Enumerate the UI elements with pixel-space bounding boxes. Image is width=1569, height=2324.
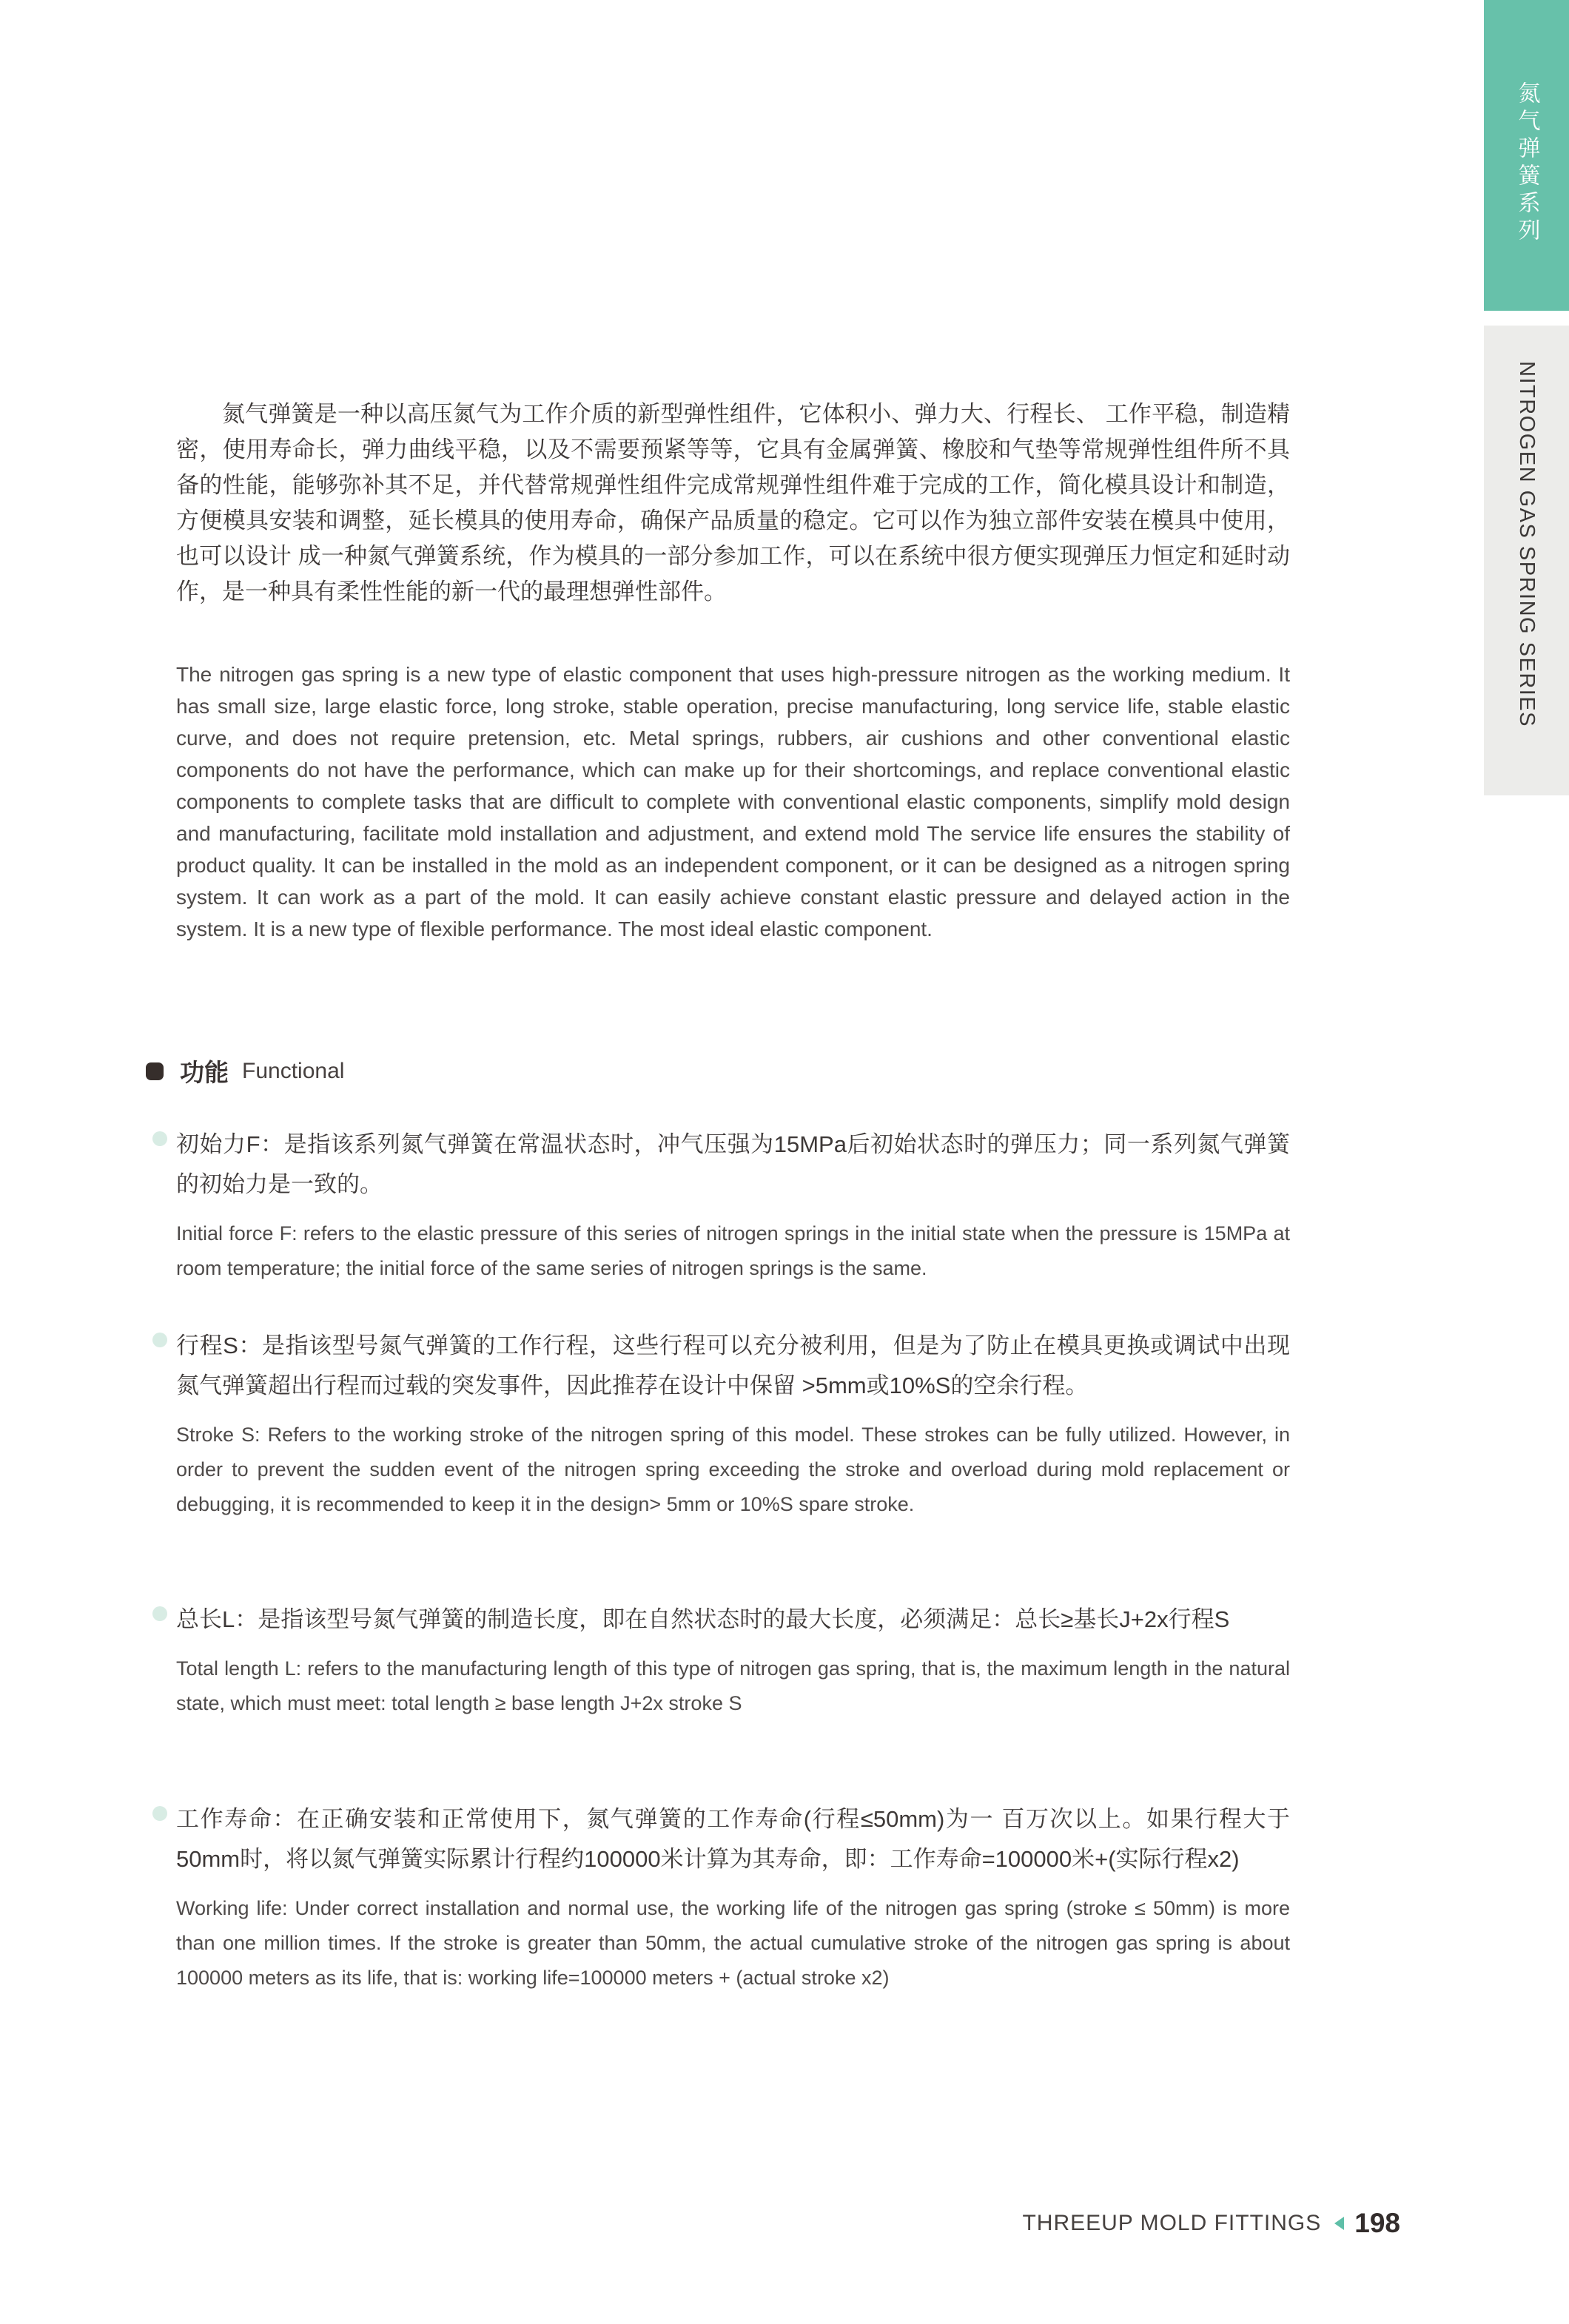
page-footer: THREEUP MOLD FITTINGS 198 [1022, 2208, 1400, 2239]
page-marker-triangle-icon [1334, 2217, 1344, 2230]
feature-text-zh: 行程S：是指该型号氮气弹簧的工作行程，这些行程可以充分被利用，但是为了防止在模具… [176, 1326, 1290, 1406]
intro-paragraph-en: The nitrogen gas spring is a new type of… [176, 659, 1290, 945]
section-bullet-icon [146, 1062, 164, 1080]
series-title-zh: 氮气弹簧系列 [1511, 81, 1543, 311]
feature-item-working-life: 工作寿命：在正确安装和正常使用下，氮气弹簧的工作寿命(行程≤50mm)为一 百万… [176, 1799, 1290, 1995]
sidebar-series-tab-gray: NITROGEN GAS SPRING SERIES [1484, 326, 1569, 795]
feature-text-en: Initial force F: refers to the elastic p… [176, 1216, 1290, 1286]
feature-item-total-length: 总长L：是指该型号氮气弹簧的制造长度，即在自然状态时的最大长度，必须满足：总长≥… [176, 1600, 1290, 1721]
feature-item-stroke: 行程S：是指该型号氮气弹簧的工作行程，这些行程可以充分被利用，但是为了防止在模具… [176, 1326, 1290, 1522]
feature-text-en: Stroke S: Refers to the working stroke o… [176, 1418, 1290, 1522]
section-heading: 功能 Functional [146, 1054, 344, 1088]
intro-paragraph-zh: 氮气弹簧是一种以高压氮气为工作介质的新型弹性组件，它体积小、弹力大、行程长、 工… [176, 397, 1290, 610]
feature-item-initial-force: 初始力F：是指该系列氮气弹簧在常温状态时，冲气压强为15MPa后初始状态时的弹压… [176, 1125, 1290, 1286]
section-title-en: Functional [242, 1059, 344, 1084]
feature-text-en: Total length L: refers to the manufactur… [176, 1651, 1290, 1721]
feature-text-zh: 初始力F：是指该系列氮气弹簧在常温状态时，冲气压强为15MPa后初始状态时的弹压… [176, 1125, 1290, 1205]
series-title-en: NITROGEN GAS SPRING SERIES [1514, 361, 1539, 795]
footer-brand: THREEUP MOLD FITTINGS [1022, 2211, 1321, 2236]
feature-text-zh: 总长L：是指该型号氮气弹簧的制造长度，即在自然状态时的最大长度，必须满足：总长≥… [176, 1600, 1290, 1640]
feature-dot-icon [152, 1606, 167, 1621]
feature-text-zh: 工作寿命：在正确安装和正常使用下，氮气弹簧的工作寿命(行程≤50mm)为一 百万… [176, 1799, 1290, 1879]
feature-text-en: Working life: Under correct installation… [176, 1891, 1290, 1995]
section-title-zh: 功能 [180, 1054, 229, 1088]
feature-dot-icon [152, 1806, 167, 1821]
feature-dot-icon [152, 1333, 167, 1347]
sidebar-series-tab-green: 氮气弹簧系列 [1484, 0, 1569, 311]
catalog-page: 氮气弹簧系列 NITROGEN GAS SPRING SERIES 氮气弹簧是一… [0, 0, 1569, 2324]
page-number: 198 [1354, 2208, 1400, 2239]
feature-dot-icon [152, 1131, 167, 1146]
